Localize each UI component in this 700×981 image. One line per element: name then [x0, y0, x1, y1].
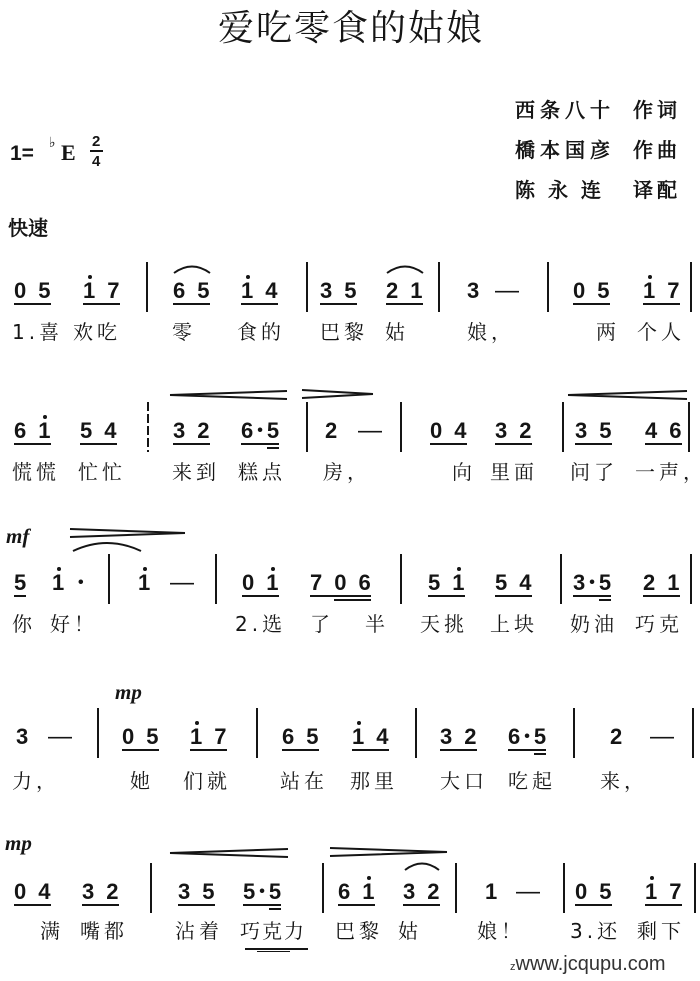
- note-group: —: [650, 726, 674, 748]
- lyric: 个人: [637, 321, 685, 343]
- note: 1: [266, 572, 278, 594]
- barline: [692, 708, 694, 758]
- lyric: 来，: [600, 770, 648, 792]
- note: 1: [485, 881, 497, 903]
- note: 2: [197, 420, 209, 442]
- lyric: 沾着: [175, 920, 223, 942]
- barline: [688, 402, 690, 452]
- note: 0: [242, 572, 254, 594]
- composer-role: 作曲: [633, 139, 681, 161]
- note-group: 1: [52, 572, 64, 594]
- decrescendo-hairpin-icon: [330, 847, 447, 857]
- lyric: 巧克: [635, 613, 683, 635]
- note: 1: [410, 280, 422, 302]
- note-group: 17: [190, 726, 227, 748]
- note: 1: [83, 280, 95, 302]
- note: 7: [107, 280, 119, 302]
- note: 3: [173, 420, 185, 442]
- note: 6: [14, 420, 26, 442]
- note: 7: [214, 726, 226, 748]
- note: 4: [376, 726, 388, 748]
- note: 7: [669, 881, 681, 903]
- note: 0: [14, 280, 26, 302]
- note: 5: [202, 881, 214, 903]
- lyric: 姑: [385, 321, 409, 343]
- score-row-5: mp 04 32 35 5•5 61 32 1 — 05 17 满 嘴都 沾着 …: [0, 881, 700, 882]
- note: 1: [352, 726, 364, 748]
- barline: [256, 708, 258, 758]
- note: 4: [454, 420, 466, 442]
- note-group: 05: [573, 280, 610, 302]
- sustain-dash: —: [358, 420, 382, 442]
- note: 3: [403, 881, 415, 903]
- key-signature-prefix: 1=: [10, 143, 34, 164]
- note: 1: [645, 881, 657, 903]
- note: 4: [104, 420, 116, 442]
- note: 3: [440, 726, 452, 748]
- note-group: 3: [16, 726, 28, 748]
- note: 6: [173, 280, 185, 302]
- score-row-1: 05 17 65 14 35 21 3 — 05 17 1.喜 欢吃 零 食的 …: [0, 280, 700, 281]
- note: 0: [334, 572, 346, 594]
- barline: [400, 402, 402, 452]
- translator-role: 译配: [633, 179, 681, 201]
- lyric: 娘，: [467, 321, 515, 343]
- score-row-2: 61 54 32 6•5 2 — 04 32 35 46 慌慌 忙忙 来到 糕点…: [0, 420, 700, 421]
- note: 1: [138, 572, 150, 594]
- barline: [438, 262, 440, 312]
- note: 2: [643, 572, 655, 594]
- lyric: 来到: [172, 461, 220, 483]
- note-group: 54: [80, 420, 117, 442]
- lyric-underline: [257, 951, 290, 952]
- note: 5: [38, 280, 50, 302]
- note: 5: [495, 572, 507, 594]
- note: 0: [122, 726, 134, 748]
- note-group: 5•5: [243, 881, 281, 903]
- note: 5: [146, 726, 158, 748]
- note-group: 2: [610, 726, 622, 748]
- note-group: 35: [178, 881, 215, 903]
- note: 5: [428, 572, 440, 594]
- note-group: —: [495, 280, 519, 302]
- barline: [322, 863, 324, 913]
- note: 6: [669, 420, 681, 442]
- barline: [306, 262, 308, 312]
- lyric: 好！: [50, 613, 98, 635]
- note: 1: [362, 881, 374, 903]
- time-signature-numerator: 2: [92, 134, 100, 149]
- watermark-text: www.jcqupu.com: [516, 953, 666, 975]
- note: 5: [306, 726, 318, 748]
- lyric: 糕点: [238, 461, 286, 483]
- note-group: 3: [467, 280, 479, 302]
- score-row-4: mp 3 — 05 17 65 14 32 6•5 2 — 力， 她 们就 站在…: [0, 726, 700, 727]
- note: 4: [645, 420, 657, 442]
- crescendo-hairpin-icon: [170, 848, 288, 858]
- augmentation-dot: •: [589, 572, 595, 594]
- note-group: 17: [643, 280, 680, 302]
- note-group: 706: [310, 572, 371, 594]
- augmentation-dot: •: [259, 881, 265, 903]
- augmentation-dot: •: [78, 572, 84, 594]
- lyric: 奶油: [570, 613, 618, 635]
- decrescendo-hairpin-icon: [302, 389, 373, 399]
- sustain-dash: —: [650, 726, 674, 748]
- sustain-dash: —: [516, 881, 540, 903]
- note-group: 32: [173, 420, 210, 442]
- barline: [560, 554, 562, 604]
- note: 6: [508, 726, 520, 748]
- lyric: 她: [130, 770, 154, 792]
- lyric: 巴黎: [335, 920, 383, 942]
- lyric: 问了: [570, 461, 618, 483]
- sustain-dash: —: [48, 726, 72, 748]
- dynamic-marking: mp: [115, 682, 142, 703]
- augmentation-dot: •: [257, 420, 263, 442]
- barline: [400, 554, 402, 604]
- lyric: 2.选: [235, 613, 286, 635]
- song-title: 爱吃零食的姑娘: [218, 9, 484, 49]
- note-group: 21: [643, 572, 680, 594]
- note-group: 14: [352, 726, 389, 748]
- composer-name: 橋本国彦: [515, 139, 615, 161]
- note: 0: [14, 881, 26, 903]
- note-group: 01: [242, 572, 279, 594]
- note-group: 35: [575, 420, 612, 442]
- tempo-marking: 快速: [8, 217, 48, 239]
- translator-name: 陈 永 连: [515, 179, 604, 201]
- note: 5: [269, 881, 281, 903]
- barline: [306, 402, 308, 452]
- barline: [146, 262, 148, 312]
- note: 2: [610, 726, 622, 748]
- note: 5: [599, 420, 611, 442]
- note: 0: [575, 881, 587, 903]
- note-group: •: [86, 572, 88, 594]
- note: 3: [178, 881, 190, 903]
- lyric: 慌慌: [12, 461, 60, 483]
- slur-icon: [173, 265, 211, 274]
- barline: [415, 708, 417, 758]
- note: 1: [667, 572, 679, 594]
- note-group: 04: [14, 881, 51, 903]
- note: 5: [344, 280, 356, 302]
- note-group: 51: [428, 572, 465, 594]
- note-group: 17: [83, 280, 120, 302]
- note-group: 32: [495, 420, 532, 442]
- lyric: 嘴都: [80, 920, 128, 942]
- lyric: 姑: [398, 920, 422, 942]
- note: 3: [467, 280, 479, 302]
- barline: [147, 402, 149, 452]
- note: 3: [320, 280, 332, 302]
- barline: [547, 262, 549, 312]
- barline: [215, 554, 217, 604]
- lyricist-role: 作词: [633, 99, 681, 121]
- flat-sign-icon: ♭: [49, 136, 56, 150]
- note: 4: [38, 881, 50, 903]
- note: 1: [38, 420, 50, 442]
- note-group: 32: [440, 726, 477, 748]
- lyric: 1.喜: [12, 321, 63, 343]
- note-group: 32: [403, 881, 440, 903]
- note: 6: [282, 726, 294, 748]
- note: 5: [599, 572, 611, 594]
- note-group: —: [48, 726, 72, 748]
- lyric: 上块: [490, 613, 538, 635]
- lyricist-name: 西条八十: [515, 99, 615, 121]
- barline: [108, 554, 110, 604]
- lyric: 零: [172, 321, 196, 343]
- lyric: 那里: [350, 770, 398, 792]
- note-group: 1: [138, 572, 150, 594]
- augmentation-dot: •: [524, 726, 530, 748]
- barline: [150, 863, 152, 913]
- lyric: 剩下: [637, 920, 685, 942]
- lyric: 大口: [440, 770, 488, 792]
- note-group: 1: [485, 881, 497, 903]
- crescendo-hairpin-icon: [170, 390, 287, 400]
- note: 2: [427, 881, 439, 903]
- note: 7: [667, 280, 679, 302]
- slur-icon: [404, 862, 440, 871]
- dynamic-marking: mf: [6, 526, 29, 547]
- sustain-dash: —: [170, 572, 194, 594]
- note-group: 17: [645, 881, 682, 903]
- note: 5: [597, 280, 609, 302]
- barline: [573, 708, 575, 758]
- note-group: 2: [325, 420, 337, 442]
- note: 2: [386, 280, 398, 302]
- note: 1: [190, 726, 202, 748]
- sustain-dash: —: [495, 280, 519, 302]
- lyric: 力，: [12, 770, 60, 792]
- note: 4: [265, 280, 277, 302]
- note: 3: [495, 420, 507, 442]
- note-group: 61: [338, 881, 375, 903]
- lyric: 天挑: [420, 613, 468, 635]
- note-group: 6•5: [241, 420, 279, 442]
- note-group: 65: [282, 726, 319, 748]
- lyric: 们就: [183, 770, 231, 792]
- note: 2: [106, 881, 118, 903]
- note: 4: [519, 572, 531, 594]
- note: 5: [14, 572, 26, 594]
- note-group: 46: [645, 420, 682, 442]
- lyric: 你: [12, 613, 36, 635]
- note: 6: [338, 881, 350, 903]
- lyric: 一声，: [635, 461, 700, 483]
- note: 2: [464, 726, 476, 748]
- score-row-3: mf 5 1 • 1 — 01 706 51 54 3•5 21 你 好！ 2.…: [0, 572, 700, 573]
- note-group: —: [170, 572, 194, 594]
- note-group: —: [358, 420, 382, 442]
- note: 5: [197, 280, 209, 302]
- watermark: zwww.jcqupu.com: [510, 953, 666, 978]
- barline: [690, 554, 692, 604]
- note-group: 04: [430, 420, 467, 442]
- tie-icon: [72, 541, 142, 550]
- barline: [97, 708, 99, 758]
- note: 0: [573, 280, 585, 302]
- note: 1: [241, 280, 253, 302]
- note: 1: [643, 280, 655, 302]
- lyric: 里面: [490, 461, 538, 483]
- crescendo-hairpin-icon: [568, 390, 687, 400]
- lyric: 吃起: [508, 770, 556, 792]
- note: 5: [599, 881, 611, 903]
- lyric: 巴黎: [320, 321, 368, 343]
- lyric: 欢吃: [73, 321, 121, 343]
- note: 3: [16, 726, 28, 748]
- note: 5: [80, 420, 92, 442]
- key-tonic: E: [61, 142, 76, 164]
- note-group: 05: [122, 726, 159, 748]
- lyric-underline: [245, 948, 308, 950]
- note: 2: [519, 420, 531, 442]
- barline: [563, 863, 565, 913]
- lyric: 半: [365, 613, 389, 635]
- note: 6: [359, 572, 371, 594]
- note: 5: [243, 881, 255, 903]
- barline: [455, 863, 457, 913]
- lyric: 站在: [280, 770, 328, 792]
- barline: [562, 402, 564, 452]
- note-group: 3•5: [573, 572, 611, 594]
- note: 1: [452, 572, 464, 594]
- note-group: 61: [14, 420, 51, 442]
- lyric: 忙忙: [78, 461, 126, 483]
- time-signature-line: [90, 150, 103, 152]
- lyric: 巧克力: [240, 920, 306, 942]
- barline: [694, 863, 696, 913]
- lyric: 3.还: [570, 920, 621, 942]
- slur-icon: [386, 265, 424, 274]
- barline: [690, 262, 692, 312]
- lyric: 食的: [237, 321, 285, 343]
- time-signature-denominator: 4: [92, 154, 100, 169]
- note-group: 05: [14, 280, 51, 302]
- note: 1: [52, 572, 64, 594]
- note-group: 14: [241, 280, 278, 302]
- lyric: 向: [452, 461, 476, 483]
- note: 5: [534, 726, 546, 748]
- lyric: 娘！: [477, 920, 525, 942]
- lyric: 满: [40, 920, 64, 942]
- note: 2: [325, 420, 337, 442]
- note: 6: [241, 420, 253, 442]
- lyric: 两: [596, 321, 620, 343]
- note: 5: [267, 420, 279, 442]
- note-group: 35: [320, 280, 357, 302]
- note: 0: [430, 420, 442, 442]
- note-group: 5: [14, 572, 26, 594]
- note-group: 05: [575, 881, 612, 903]
- note: 3: [573, 572, 585, 594]
- note-group: 32: [82, 881, 119, 903]
- note-group: 21: [386, 280, 423, 302]
- dynamic-marking: mp: [5, 833, 32, 854]
- lyric: 房，: [323, 461, 371, 483]
- note-group: 6•5: [508, 726, 546, 748]
- note-group: 54: [495, 572, 532, 594]
- decrescendo-hairpin-icon: [70, 528, 185, 538]
- note: 7: [310, 572, 322, 594]
- note-group: —: [516, 881, 540, 903]
- note-group: 65: [173, 280, 210, 302]
- note: 3: [575, 420, 587, 442]
- lyric: 了: [310, 613, 334, 635]
- note: 3: [82, 881, 94, 903]
